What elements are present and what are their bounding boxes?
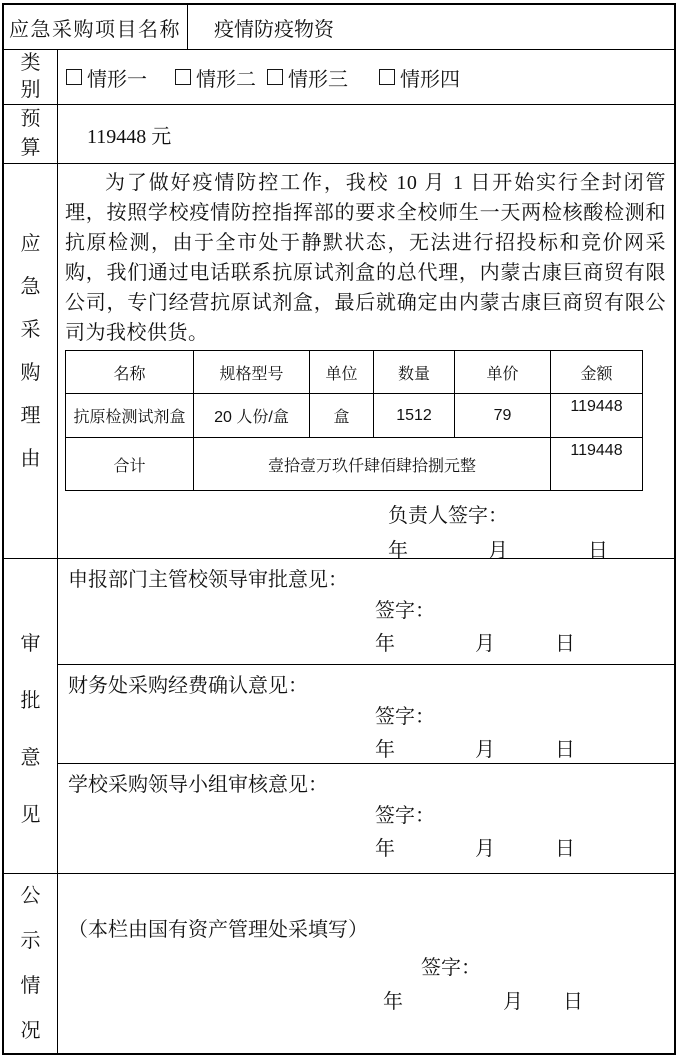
reason-paragraph: 为了做好疫情防控工作，我校 10 月 1 日开始实行全封闭管理，按照学校疫情防控… [58, 164, 674, 348]
approval-date-line: 年 月 日 [375, 734, 674, 767]
approval-section-title: 财务处采购经费确认意见： [58, 671, 674, 701]
budget-label-cell: 预算 [4, 105, 58, 163]
responsible-date-line: 年 月 日 [388, 534, 674, 558]
header-amount: 金额 [551, 351, 643, 394]
approval-section-title: 学校采购领导小组审核意见： [58, 770, 674, 800]
approval-date-line: 年 月 日 [375, 833, 674, 866]
header-spec: 规格型号 [194, 351, 310, 394]
budget-label: 预算 [20, 105, 42, 163]
approval-content: 申报部门主管校领导审批意见： 签字： 年 月 日 财务处采购经费确认意见： 签字… [58, 559, 674, 873]
header-unit: 单位 [310, 351, 374, 394]
item-name: 抗原检测试剂盒 [66, 394, 194, 438]
publicity-sign-label: 签字： [421, 954, 674, 982]
checkbox-label: 情形三 [288, 63, 348, 92]
checkbox-case-1[interactable]: 情形一 [66, 63, 147, 92]
header-name: 名称 [66, 351, 194, 394]
approval-row: 审批意见 申报部门主管校领导审批意见： 签字： 年 月 日 财务处采购经费确认意… [4, 559, 674, 874]
approval-section-finance: 财务处采购经费确认意见： 签字： 年 月 日 [58, 665, 674, 764]
approval-section-department: 申报部门主管校领导审批意见： 签字： 年 月 日 [58, 559, 674, 665]
reason-content: 为了做好疫情防控工作，我校 10 月 1 日开始实行全封闭管理，按照学校疫情防控… [58, 164, 674, 558]
item-qty: 1512 [374, 394, 455, 438]
total-row: 合计 壹拾壹万玖仟肆佰肆拾捌元整 119448 [66, 438, 643, 491]
item-price: 79 [455, 394, 551, 438]
reason-label: 应急采购理由 [20, 223, 42, 481]
header-price: 单价 [455, 351, 551, 394]
total-label: 合计 [66, 438, 194, 491]
publicity-label-cell: 公示情况 [4, 874, 58, 1053]
checkbox-icon [379, 69, 395, 85]
publicity-date-line: 年 月 日 [383, 988, 674, 1016]
item-spec: 20 人份/盒 [194, 394, 310, 438]
checkbox-icon [66, 69, 82, 85]
approval-label-cell: 审批意见 [4, 559, 58, 873]
item-amount: 119448 [551, 394, 643, 438]
approval-date-line: 年 月 日 [375, 628, 674, 661]
items-table: 名称 规格型号 单位 数量 单价 金额 抗原检测试剂盒 20 人份/盒 盒 15… [65, 350, 643, 491]
budget-row: 预算 119448 元 [4, 105, 674, 164]
checkbox-label: 情形二 [196, 63, 256, 92]
project-name-value: 疫情防疫物资 [188, 5, 674, 49]
approval-sign-label: 签字： [375, 595, 674, 628]
reason-row: 应急采购理由 为了做好疫情防控工作，我校 10 月 1 日开始实行全封闭管理，按… [4, 164, 674, 559]
category-row: 类别 情形一 情形二 情形三 情形四 [4, 50, 674, 105]
checkbox-case-2[interactable]: 情形二 [175, 63, 256, 92]
project-name-row: 应急采购项目名称 疫情防疫物资 [4, 5, 674, 50]
budget-value: 119448 元 [58, 105, 674, 163]
item-row: 抗原检测试剂盒 20 人份/盒 盒 1512 79 119448 [66, 394, 643, 438]
category-label-cell: 类别 [4, 50, 58, 104]
approval-sign-label: 签字： [375, 701, 674, 734]
approval-section-leading-group: 学校采购领导小组审核意见： 签字： 年 月 日 [58, 764, 674, 873]
item-unit: 盒 [310, 394, 374, 438]
checkbox-icon [175, 69, 191, 85]
checkbox-label: 情形一 [87, 63, 147, 92]
checkbox-case-4[interactable]: 情形四 [379, 63, 460, 92]
category-options: 情形一 情形二 情形三 情形四 [58, 50, 674, 104]
responsible-sign-block: 负责人签字： 年 月 日 [388, 499, 674, 558]
responsible-sign-label: 负责人签字： [388, 499, 674, 534]
approval-section-title: 申报部门主管校领导审批意见： [58, 565, 674, 595]
checkbox-icon [267, 69, 283, 85]
project-name-label: 应急采购项目名称 [4, 5, 188, 49]
reason-label-cell: 应急采购理由 [4, 164, 58, 558]
approval-label: 审批意见 [20, 616, 42, 844]
items-table-header-row: 名称 规格型号 单位 数量 单价 金额 [66, 351, 643, 394]
header-qty: 数量 [374, 351, 455, 394]
publicity-note: （本栏由国有资产管理处采填写） [68, 916, 674, 944]
emergency-procurement-form: 应急采购项目名称 疫情防疫物资 类别 情形一 情形二 情形三 情形四 [2, 3, 676, 1055]
total-amount-in-words: 壹拾壹万玖仟肆佰肆拾捌元整 [194, 438, 551, 491]
publicity-label: 公示情况 [20, 874, 42, 1053]
category-label: 类别 [20, 50, 42, 104]
checkbox-case-3[interactable]: 情形三 [267, 63, 348, 92]
publicity-row: 公示情况 （本栏由国有资产管理处采填写） 签字： 年 月 日 [4, 874, 674, 1053]
approval-sign-label: 签字： [375, 800, 674, 833]
publicity-content: （本栏由国有资产管理处采填写） 签字： 年 月 日 [58, 874, 674, 1053]
checkbox-label: 情形四 [400, 63, 460, 92]
total-amount: 119448 [551, 438, 643, 491]
